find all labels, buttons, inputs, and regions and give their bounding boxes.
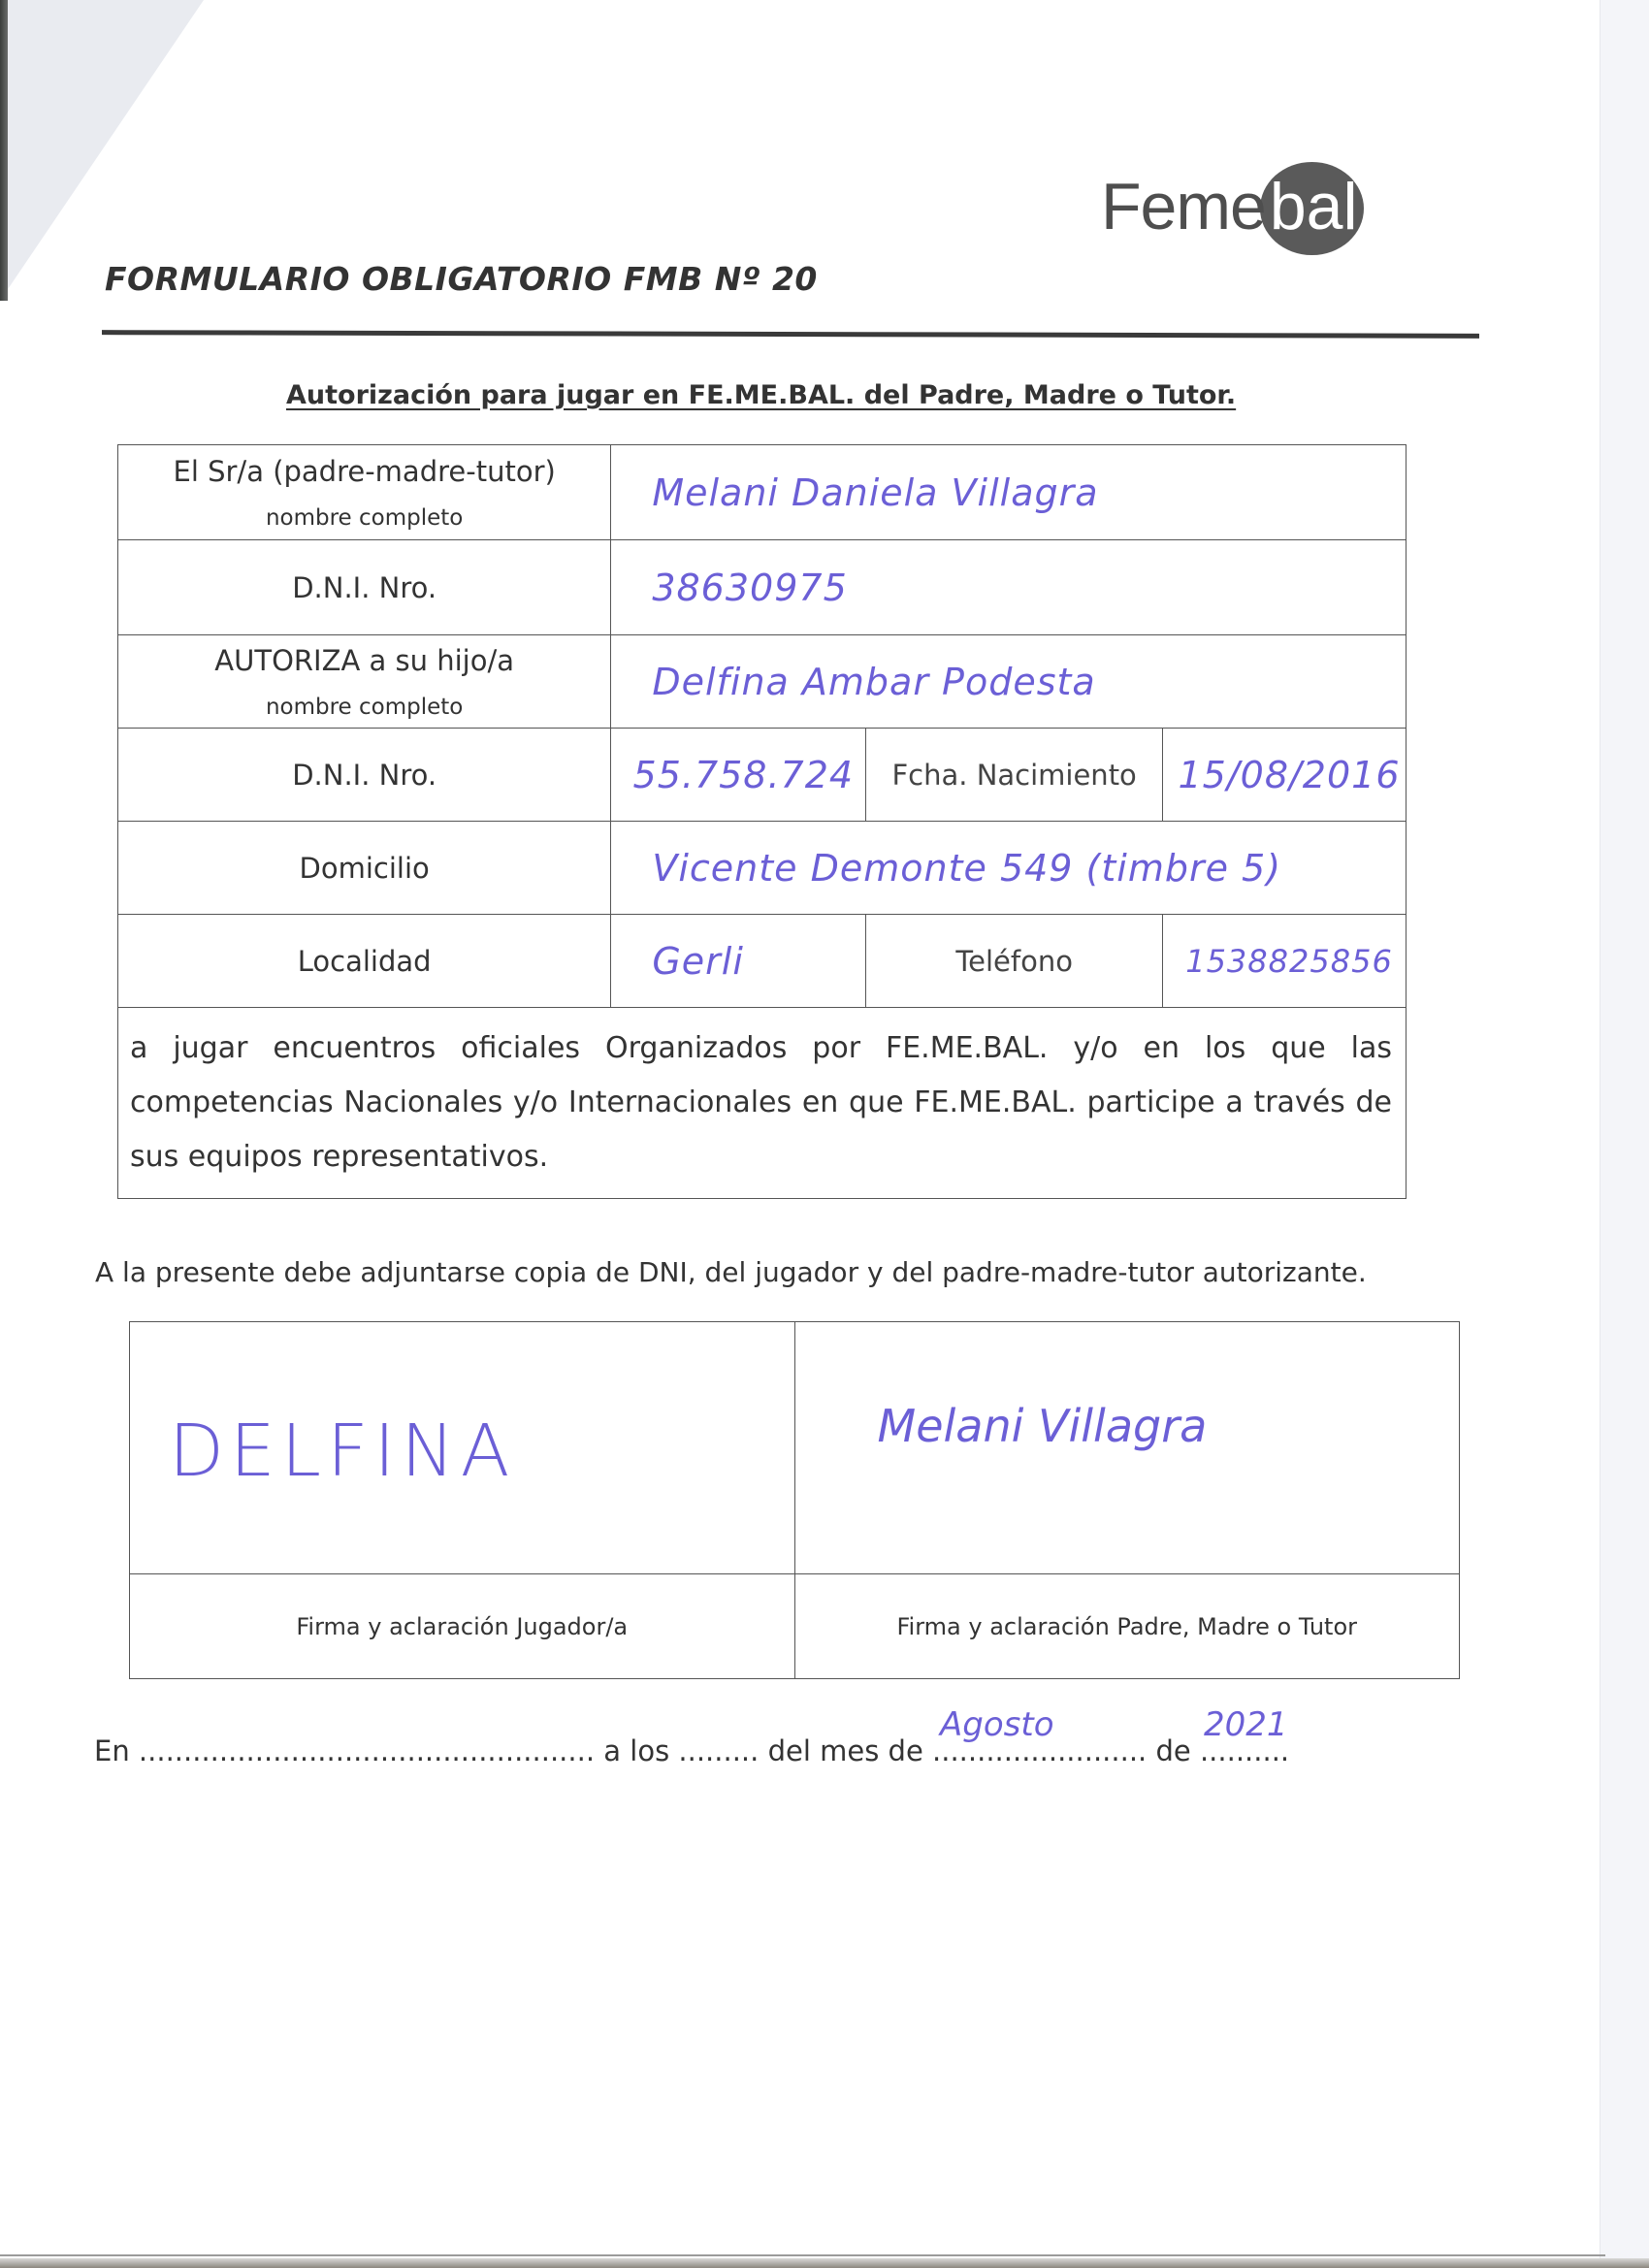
birth-date-field[interactable]: 15/08/2016 (1163, 729, 1406, 822)
guardian-name-field[interactable]: Melani Daniela Villagra (611, 445, 1406, 540)
title-divider (102, 330, 1479, 339)
child-label: AUTORIZA a su hijo/a (214, 644, 514, 677)
authorization-text: a jugar encuentros oficiales Organizados… (118, 1008, 1406, 1199)
femebal-logo: Feme bal (1101, 163, 1364, 250)
scan-bottom-edge (0, 2258, 1649, 2268)
guardian-signature: Melani Villagra (878, 1400, 1208, 1452)
birth-date-label: Fcha. Nacimiento (866, 729, 1163, 822)
player-signature-box[interactable]: DELFINA (130, 1322, 795, 1574)
date-prefix: En (94, 1734, 130, 1767)
place-field[interactable]: ........................................… (139, 1734, 595, 1767)
phone-field[interactable]: 1538825856 (1163, 915, 1406, 1008)
scan-edge-shadow (0, 0, 8, 301)
year-label: de (1155, 1734, 1190, 1767)
scan-bottom-line (0, 2254, 1605, 2256)
address-row: Domicilio Vicente Demonte 549 (timbre 5) (118, 822, 1406, 915)
form-title: FORMULARIO OBLIGATORIO FMB Nº 20 (105, 260, 818, 298)
month-label: del mes de (768, 1734, 923, 1767)
signature-table: DELFINA Melani Villagra Firma y aclaraci… (129, 1321, 1460, 1679)
address-field[interactable]: Vicente Demonte 549 (timbre 5) (611, 822, 1406, 915)
month-value: Agosto (940, 1705, 1054, 1744)
locality-field[interactable]: Gerli (611, 915, 866, 1008)
date-place-line: En .....................................… (94, 1734, 1289, 1767)
child-label-cell: AUTORIZA a su hijo/a nombre completo (118, 635, 611, 729)
year-value: 2021 (1204, 1705, 1288, 1744)
locality-row: Localidad Gerli Teléfono 1538825856 (118, 915, 1406, 1008)
child-sublabel: nombre completo (118, 695, 610, 720)
locality-label: Localidad (118, 915, 611, 1008)
phone-label: Teléfono (866, 915, 1163, 1008)
form-subtitle: Autorización para jugar en FE.ME.BAL. de… (286, 380, 1236, 410)
guardian-signature-box[interactable]: Melani Villagra (794, 1322, 1460, 1574)
day-field[interactable]: ......... (678, 1734, 759, 1767)
guardian-dni-field[interactable]: 38630975 (611, 540, 1406, 635)
player-signature: DELFINA (169, 1409, 515, 1493)
guardian-signature-label: Firma y aclaración Padre, Madre o Tutor (794, 1574, 1460, 1679)
guardian-dni-row: D.N.I. Nro. 38630975 (118, 540, 1406, 635)
logo-badge: bal (1260, 174, 1364, 240)
year-field[interactable]: .......... 2021 (1200, 1734, 1289, 1767)
guardian-sublabel: nombre completo (118, 505, 610, 531)
logo-text: Feme (1101, 174, 1266, 240)
child-row: AUTORIZA a su hijo/a nombre completo Del… (118, 635, 1406, 729)
guardian-label: El Sr/a (padre-madre-tutor) (174, 455, 556, 488)
child-name-field[interactable]: Delfina Ambar Podesta (611, 635, 1406, 729)
guardian-dni-label: D.N.I. Nro. (118, 540, 611, 635)
child-dni-row: D.N.I. Nro. 55.758.724 Fcha. Nacimiento … (118, 729, 1406, 822)
guardian-row: El Sr/a (padre-madre-tutor) nombre compl… (118, 445, 1406, 540)
attachment-note: A la presente debe adjuntarse copia de D… (95, 1256, 1367, 1288)
address-label: Domicilio (118, 822, 611, 915)
authorization-text-row: a jugar encuentros oficiales Organizados… (118, 1008, 1406, 1199)
month-field[interactable]: ........................ Agosto (932, 1734, 1147, 1767)
player-signature-label: Firma y aclaración Jugador/a (130, 1574, 795, 1679)
scan-folded-corner (0, 0, 204, 301)
guardian-label-cell: El Sr/a (padre-madre-tutor) nombre compl… (118, 445, 611, 540)
child-dni-field[interactable]: 55.758.724 (611, 729, 866, 822)
authorization-table: El Sr/a (padre-madre-tutor) nombre compl… (117, 444, 1406, 1199)
days-label: a los (603, 1734, 669, 1767)
child-dni-label: D.N.I. Nro. (118, 729, 611, 822)
scan-right-margin (1600, 0, 1649, 2268)
